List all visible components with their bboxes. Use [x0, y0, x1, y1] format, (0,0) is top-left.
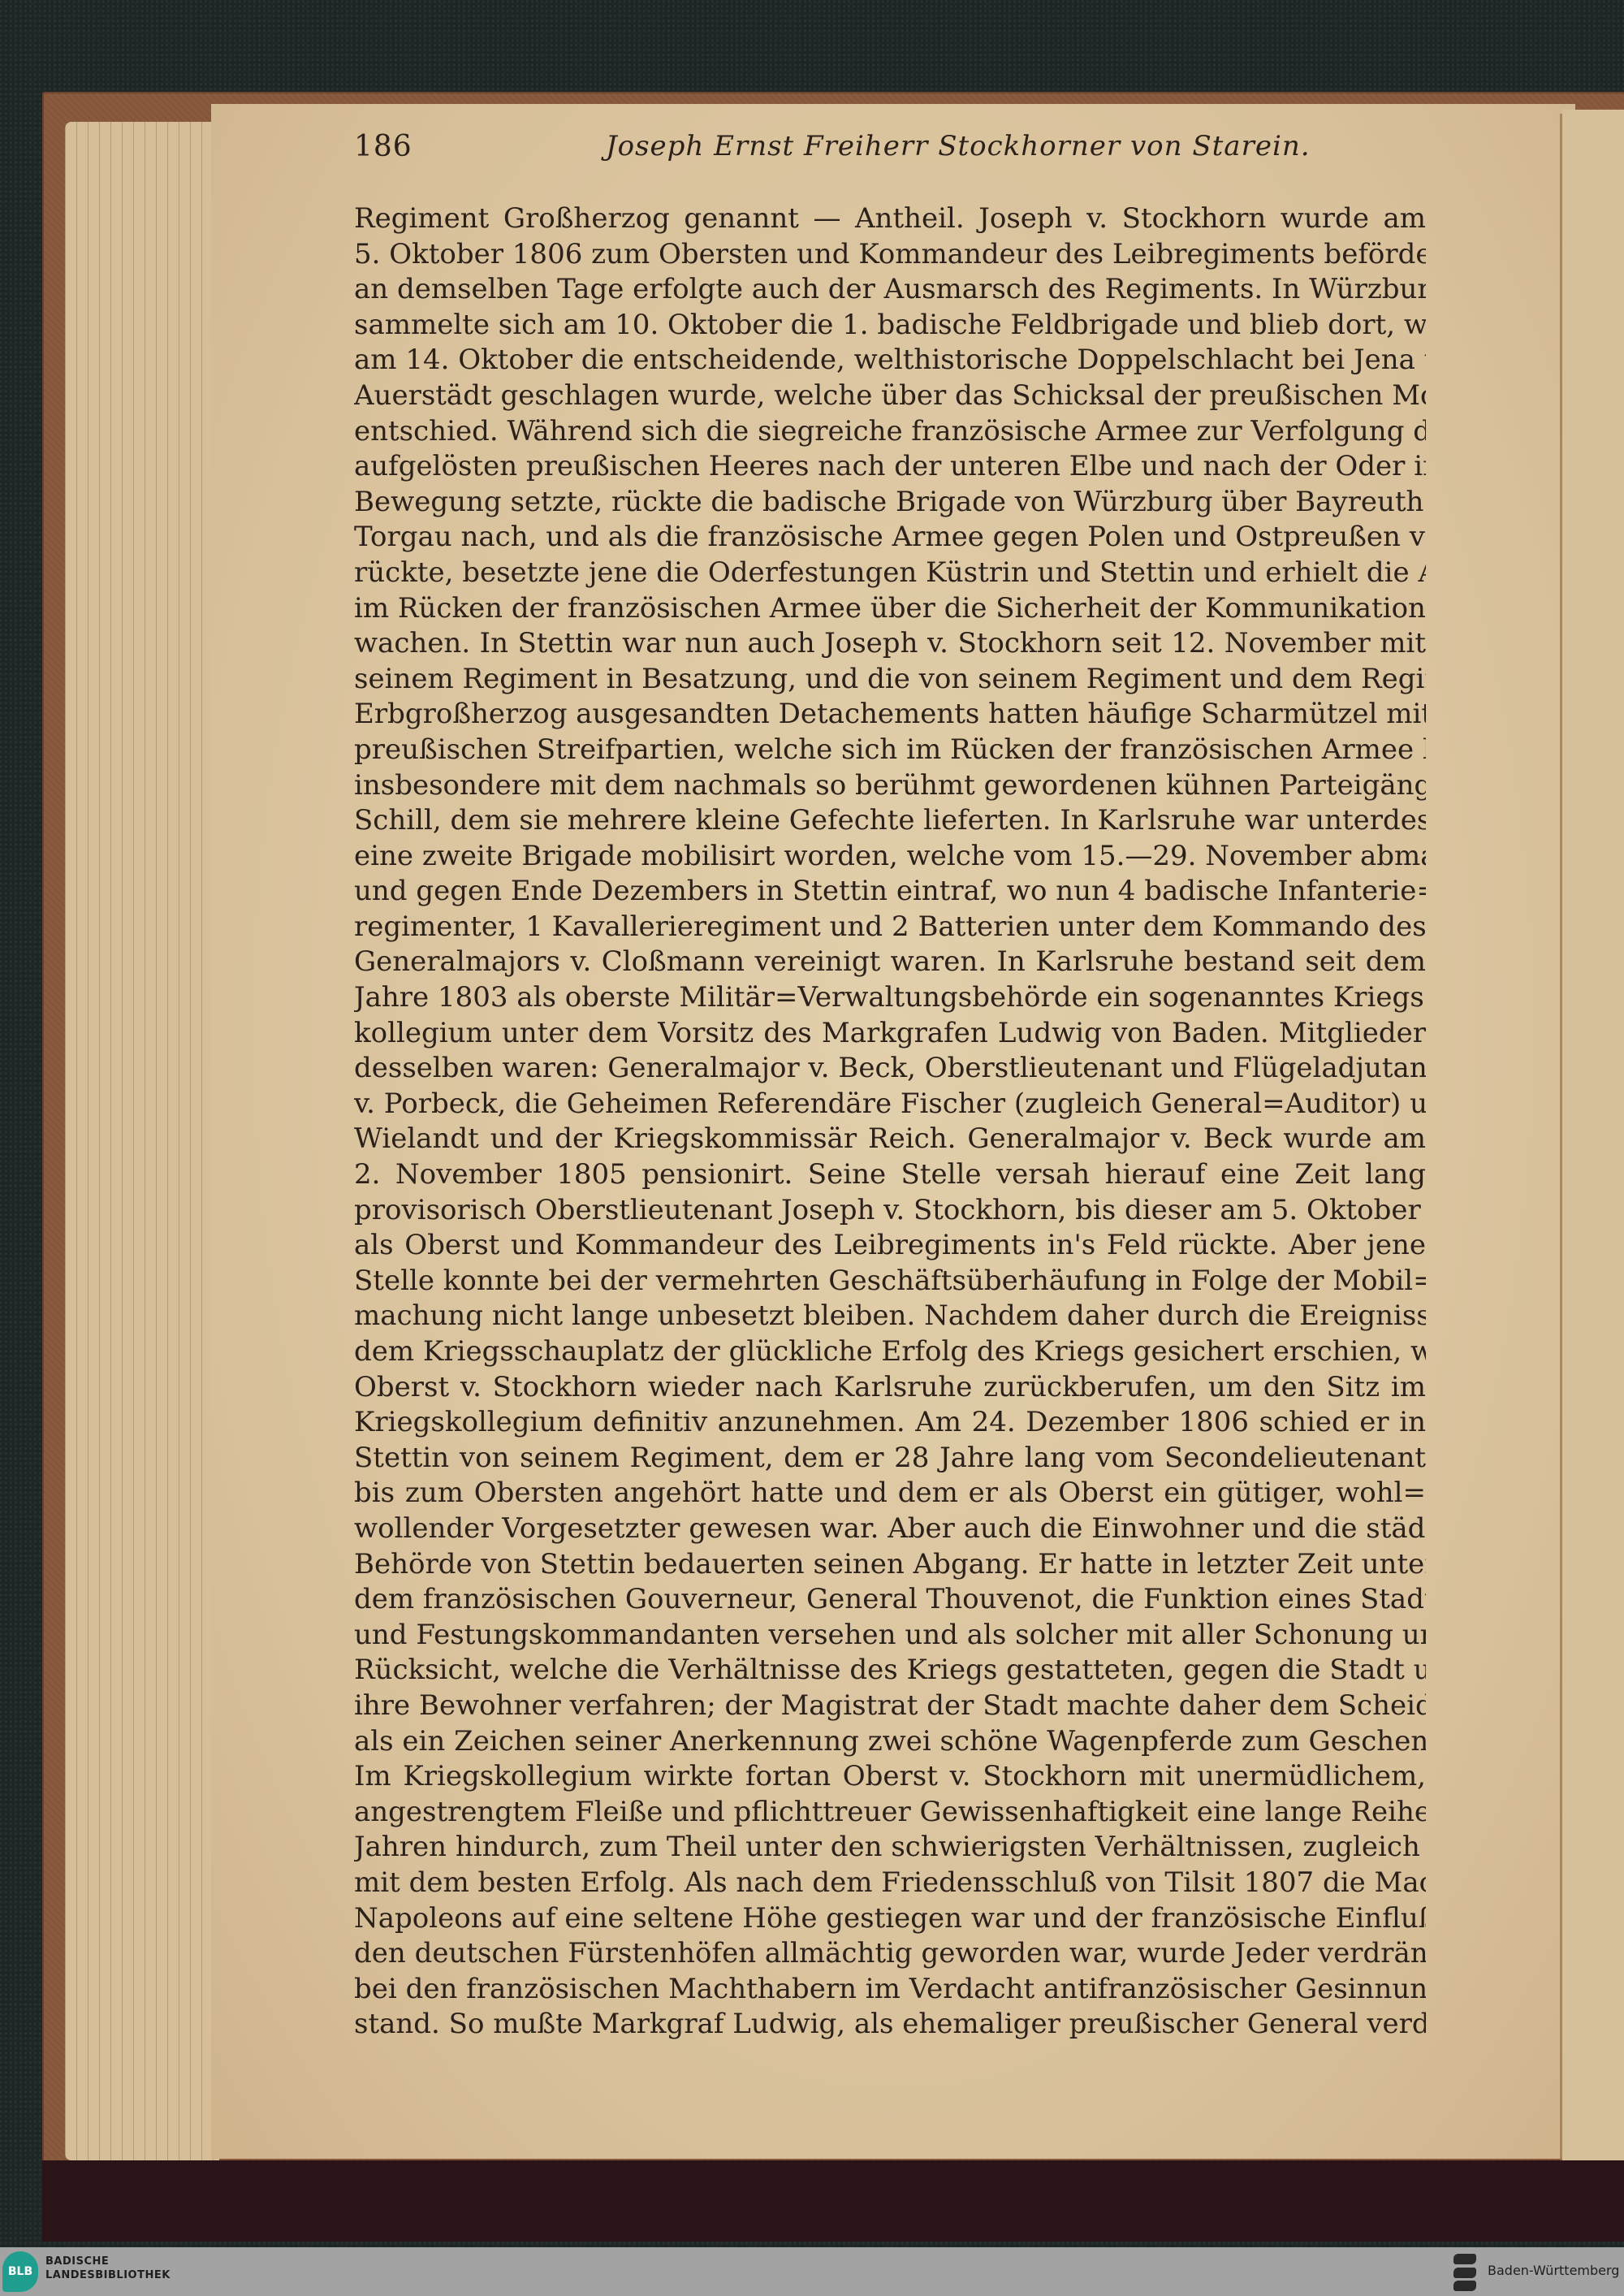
text-line: machung nicht lange unbesetzt bleiben. N… — [354, 1299, 1426, 1334]
text-line: dem Kriegsschauplatz der glückliche Erfo… — [354, 1334, 1426, 1370]
text-line: regimenter, 1 Kavallerieregiment und 2 B… — [354, 910, 1426, 945]
text-line: 2. November 1805 pensionirt. Seine Stell… — [354, 1157, 1426, 1193]
text-line: Jahren hindurch, zum Theil unter den sch… — [354, 1830, 1426, 1866]
library-name-line1: BADISCHE — [45, 2255, 171, 2268]
text-line: am 14. Oktober die entscheidende, welthi… — [354, 343, 1426, 378]
text-line: Im Kriegskollegium wirkte fortan Oberst … — [354, 1759, 1426, 1795]
running-title: Joseph Ernst Freiherr Stockhorner von St… — [606, 130, 1311, 162]
facing-page-edge — [1562, 110, 1624, 2160]
state-name[interactable]: Baden-Württemberg — [1488, 2263, 1619, 2278]
text-line: Wielandt und der Kriegskommissär Reich. … — [354, 1122, 1426, 1157]
text-line: provisorisch Oberstlieutenant Joseph v. … — [354, 1193, 1426, 1229]
text-line: wollender Vorgesetzter gewesen war. Aber… — [354, 1511, 1426, 1547]
scanned-page-image: 186 Joseph Ernst Freiherr Stockhorner vo… — [0, 0, 1624, 2247]
text-line: wachen. In Stettin war nun auch Joseph v… — [354, 626, 1426, 662]
text-line: Schill, dem sie mehrere kleine Gefechte … — [354, 803, 1426, 839]
text-line: dem französischen Gouverneur, General Th… — [354, 1582, 1426, 1618]
lion-icon — [1453, 2281, 1476, 2291]
text-line: rückte, besetzte jene die Oderfestungen … — [354, 556, 1426, 591]
text-line: sammelte sich am 10. Oktober die 1. badi… — [354, 308, 1426, 344]
text-line: eine zweite Brigade mobilisirt worden, w… — [354, 839, 1426, 875]
text-line: entschied. Während sich die siegreiche f… — [354, 414, 1426, 450]
text-line: und gegen Ende Dezembers in Stettin eint… — [354, 874, 1426, 910]
library-name-line2: LANDESBIBLIOTHEK — [45, 2268, 171, 2282]
text-line: Torgau nach, und als die französische Ar… — [354, 520, 1426, 556]
text-line: seinem Regiment in Besatzung, und die vo… — [354, 662, 1426, 698]
text-line: Bewegung setzte, rückte die badische Bri… — [354, 485, 1426, 521]
text-line: und Festungskommandanten versehen und al… — [354, 1618, 1426, 1654]
page-header: 186 Joseph Ernst Freiherr Stockhorner vo… — [354, 130, 1426, 171]
text-line: Stelle konnte bei der vermehrten Geschäf… — [354, 1264, 1426, 1299]
text-line: als Oberst und Kommandeur des Leibregime… — [354, 1228, 1426, 1264]
text-line: aufgelösten preußischen Heeres nach der … — [354, 449, 1426, 485]
book-cover-bottom — [42, 2160, 1624, 2242]
lion-icon — [1453, 2254, 1476, 2264]
text-line: ihre Bewohner verfahren; der Magistrat d… — [354, 1688, 1426, 1724]
text-line: Napoleons auf eine seltene Höhe gestiege… — [354, 1901, 1426, 1937]
viewer-footer: BLB BADISCHE LANDESBIBLIOTHEK Baden-Würt… — [0, 2247, 1624, 2296]
text-line: Oberst v. Stockhorn wieder nach Karlsruh… — [354, 1370, 1426, 1406]
text-line: im Rücken der französischen Armee über d… — [354, 591, 1426, 627]
text-line: v. Porbeck, die Geheimen Referendäre Fis… — [354, 1087, 1426, 1122]
text-line: Behörde von Stettin bedauerten seinen Ab… — [354, 1547, 1426, 1583]
gutter-line — [1560, 114, 1562, 2160]
text-line: Jahre 1803 als oberste Militär=Verwaltun… — [354, 980, 1426, 1016]
page-number: 186 — [354, 130, 412, 163]
text-line: den deutschen Fürstenhöfen allmächtig ge… — [354, 1936, 1426, 1972]
text-line: Rücksicht, welche die Verhältnisse des K… — [354, 1653, 1426, 1688]
text-line: Erbgroßherzog ausgesandten Detachements … — [354, 697, 1426, 733]
text-line: Auerstädt geschlagen wurde, welche über … — [354, 378, 1426, 414]
text-line: stand. So mußte Markgraf Ludwig, als ehe… — [354, 2007, 1426, 2043]
text-line: preußischen Streifpartien, welche sich i… — [354, 733, 1426, 768]
text-line: 5. Oktober 1806 zum Obersten und Kommand… — [354, 237, 1426, 273]
text-line: Regiment Großherzog genannt — Antheil. J… — [354, 201, 1426, 237]
library-name[interactable]: BADISCHE LANDESBIBLIOTHEK — [45, 2255, 171, 2282]
text-line: als ein Zeichen seiner Anerkennung zwei … — [354, 1724, 1426, 1760]
page-stack-edges — [65, 122, 219, 2160]
lion-icon — [1453, 2268, 1476, 2278]
blb-logo-icon[interactable]: BLB — [2, 2251, 38, 2292]
text-line: Kriegskollegium definitiv anzunehmen. Am… — [354, 1405, 1426, 1441]
text-line: insbesondere mit dem nachmals so berühmt… — [354, 768, 1426, 804]
text-line: angestrengtem Fleiße und pflichttreuer G… — [354, 1795, 1426, 1831]
text-line: Generalmajors v. Cloßmann vereinigt ware… — [354, 945, 1426, 980]
text-line: mit dem besten Erfolg. Als nach dem Frie… — [354, 1866, 1426, 1901]
text-line: desselben waren: Generalmajor v. Beck, O… — [354, 1051, 1426, 1087]
text-line: Stettin von seinem Regiment, dem er 28 J… — [354, 1441, 1426, 1477]
bw-coat-of-arms-icon — [1453, 2254, 1478, 2291]
text-line: an demselben Tage erfolgte auch der Ausm… — [354, 272, 1426, 308]
text-line: bis zum Obersten angehört hatte und dem … — [354, 1476, 1426, 1511]
text-line: kollegium unter dem Vorsitz des Markgraf… — [354, 1016, 1426, 1052]
text-line: bei den französischen Machthabern im Ver… — [354, 1972, 1426, 2008]
body-text: Regiment Großherzog genannt — Antheil. J… — [354, 201, 1426, 2043]
